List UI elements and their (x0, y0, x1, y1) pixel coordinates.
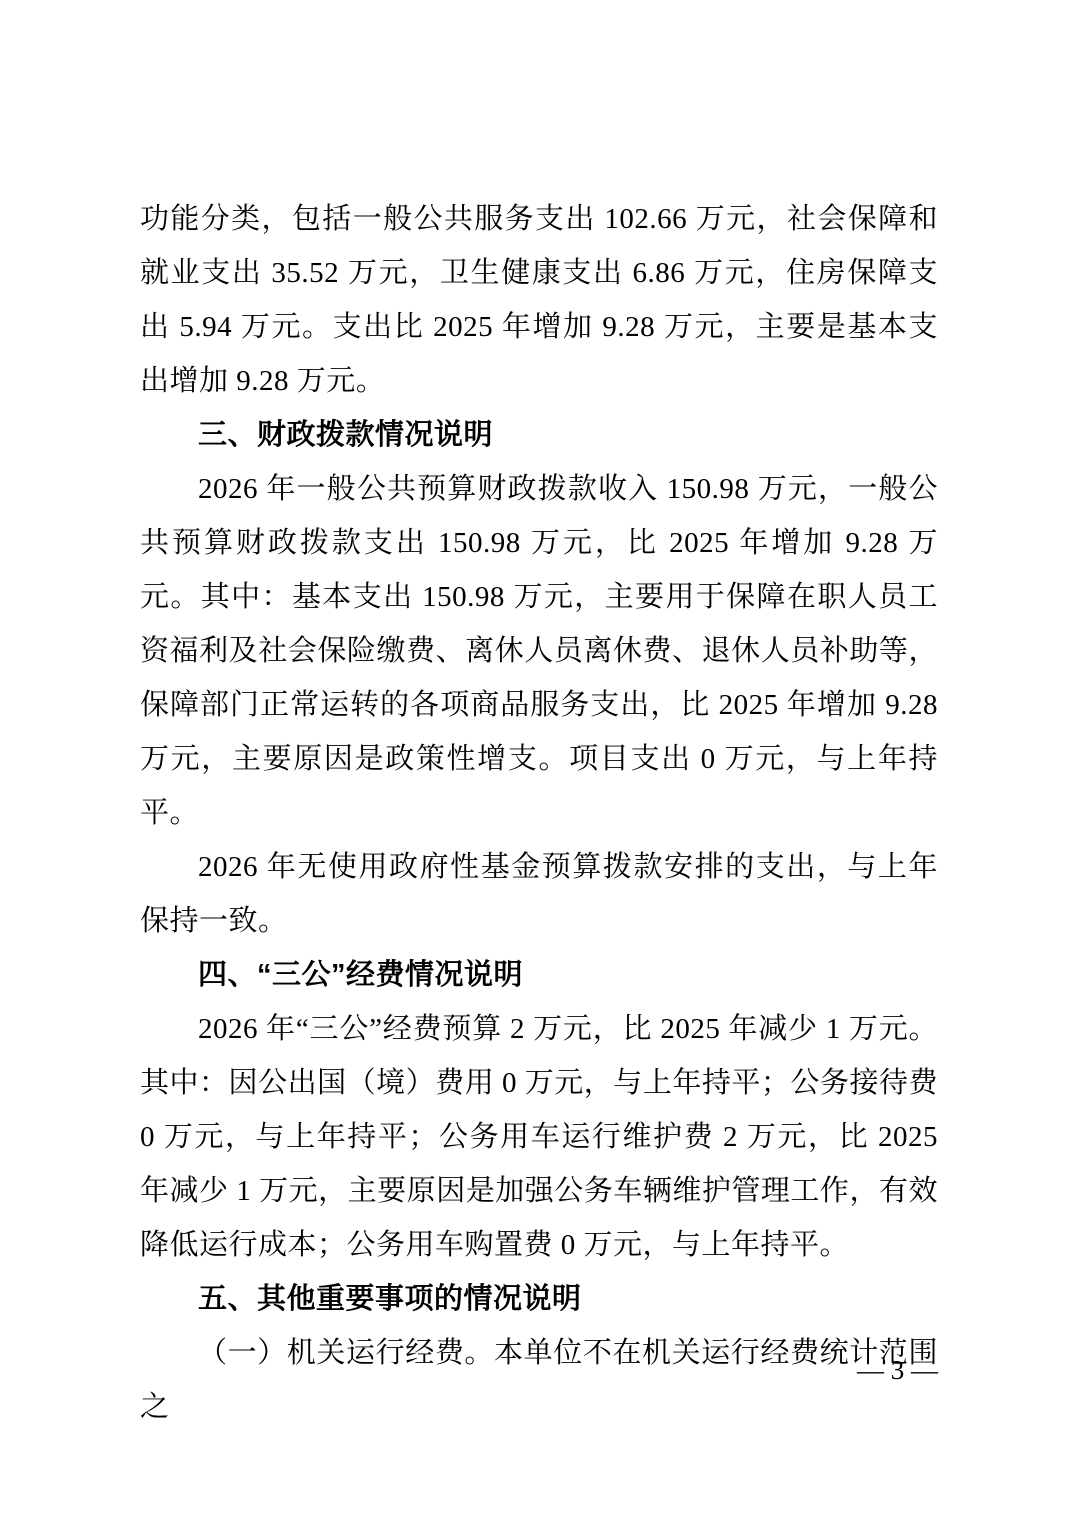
section-heading-fiscal-appropriation: 三、财政拨款情况说明 (140, 408, 938, 462)
paragraph-expenditure-function-breakdown: 功能分类，包括一般公共服务支出 102.66 万元，社会保障和就业支出 35.5… (140, 192, 938, 408)
paragraph-agency-operating-expense: （一）机关运行经费。本单位不在机关运行经费统计范围之 (140, 1326, 938, 1434)
paragraph-government-fund-budget: 2026 年无使用政府性基金预算拨款安排的支出，与上年保持一致。 (140, 840, 938, 948)
section-heading-three-public-expenses: 四、“三公”经费情况说明 (140, 948, 938, 1002)
paragraph-three-public-expenses-detail: 2026 年“三公”经费预算 2 万元，比 2025 年减少 1 万元。其中：因… (140, 1002, 938, 1272)
document-page: 功能分类，包括一般公共服务支出 102.66 万元，社会保障和就业支出 35.5… (0, 0, 1074, 1520)
section-heading-other-important-matters: 五、其他重要事项的情况说明 (140, 1272, 938, 1326)
paragraph-fiscal-appropriation-detail: 2026 年一般公共预算财政拨款收入 150.98 万元，一般公共预算财政拨款支… (140, 462, 938, 840)
document-body: 功能分类，包括一般公共服务支出 102.66 万元，社会保障和就业支出 35.5… (140, 192, 938, 1434)
page-number: — 3 — (857, 1350, 938, 1390)
